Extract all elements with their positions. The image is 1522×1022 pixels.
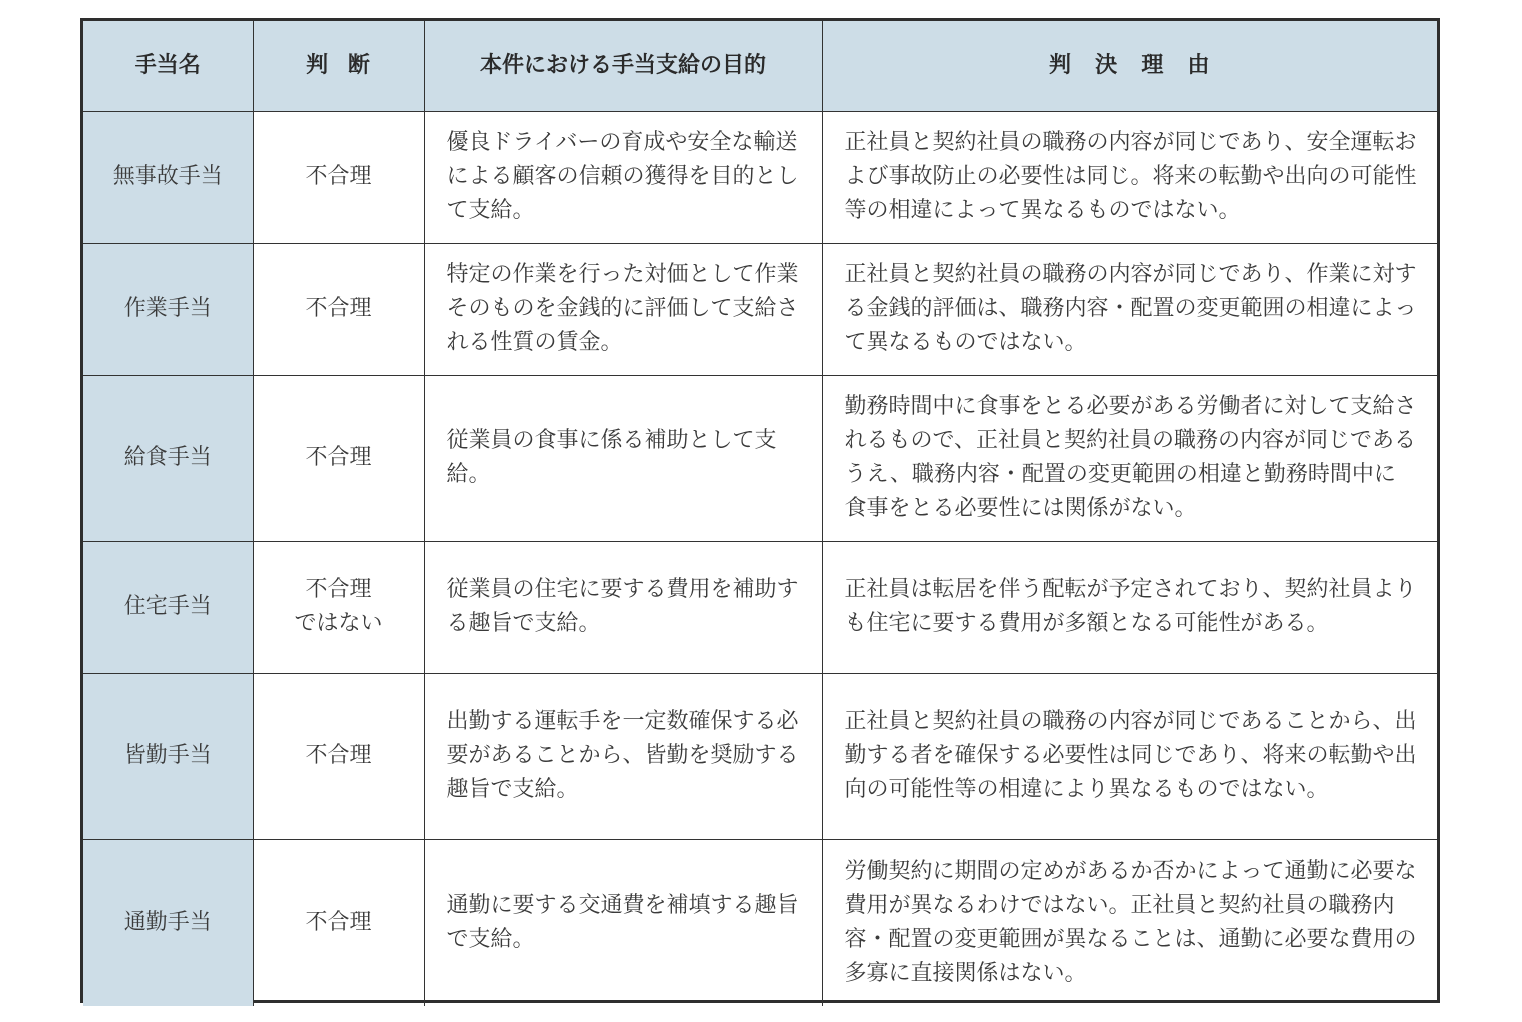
reason: 正社員と契約社員の職務の内容が同じであり、作業に対する金銭的評価は、職務内容・配… <box>822 243 1437 375</box>
header-reason: 判決理由 <box>822 21 1437 111</box>
table-row: 通勤手当 不合理 通勤に要する交通費を補填する趣旨で支給。 労働契約に期間の定め… <box>83 839 1437 1006</box>
purpose: 出勤する運転手を一定数確保する必要があることから、皆勤を奨励する趣旨で支給。 <box>424 673 822 839</box>
table-row: 住宅手当 不合理 ではない 従業員の住宅に要する費用を補助する趣旨で支給。 正社… <box>83 541 1437 673</box>
header-judgment: 判断 <box>253 21 424 111</box>
table-row: 給食手当 不合理 従業員の食事に係る補助として支給。 勤務時間中に食事をとる必要… <box>83 375 1437 541</box>
purpose: 従業員の食事に係る補助として支給。 <box>424 375 822 541</box>
allowance-judgment-table: 手当名 判断 本件における手当支給の目的 判決理由 無事故手当 不合理 優良ドラ… <box>80 18 1440 1003</box>
allowance-name: 通勤手当 <box>83 839 253 1006</box>
judgment: 不合理 <box>253 839 424 1006</box>
judgment: 不合理 <box>253 243 424 375</box>
judgment: 不合理 ではない <box>253 541 424 673</box>
table-row: 皆勤手当 不合理 出勤する運転手を一定数確保する必要があることから、皆勤を奨励す… <box>83 673 1437 839</box>
reason: 正社員と契約社員の職務の内容が同じであり、安全運転および事故防止の必要性は同じ。… <box>822 111 1437 243</box>
allowance-name: 給食手当 <box>83 375 253 541</box>
header-allowance-name: 手当名 <box>83 21 253 111</box>
reason: 正社員と契約社員の職務の内容が同じであることから、出勤する者を確保する必要性は同… <box>822 673 1437 839</box>
allowance-name: 無事故手当 <box>83 111 253 243</box>
header-purpose: 本件における手当支給の目的 <box>424 21 822 111</box>
purpose: 従業員の住宅に要する費用を補助する趣旨で支給。 <box>424 541 822 673</box>
reason: 正社員は転居を伴う配転が予定されており、契約社員よりも住宅に要する費用が多額とな… <box>822 541 1437 673</box>
judgment-line: ではない <box>255 607 423 641</box>
allowance-name: 皆勤手当 <box>83 673 253 839</box>
allowance-name: 住宅手当 <box>83 541 253 673</box>
judgment: 不合理 <box>253 111 424 243</box>
judgment: 不合理 <box>253 673 424 839</box>
purpose: 特定の作業を行った対価として作業そのものを金銭的に評価して支給される性質の賃金。 <box>424 243 822 375</box>
purpose: 優良ドライバーの育成や安全な輸送による顧客の信頼の獲得を目的として支給。 <box>424 111 822 243</box>
allowance-name: 作業手当 <box>83 243 253 375</box>
reason: 労働契約に期間の定めがあるか否かによって通勤に必要な費用が異なるわけではない。正… <box>822 839 1437 1006</box>
purpose: 通勤に要する交通費を補填する趣旨で支給。 <box>424 839 822 1006</box>
table: 手当名 判断 本件における手当支給の目的 判決理由 無事故手当 不合理 優良ドラ… <box>83 21 1437 1006</box>
judgment: 不合理 <box>253 375 424 541</box>
table-row: 無事故手当 不合理 優良ドライバーの育成や安全な輸送による顧客の信頼の獲得を目的… <box>83 111 1437 243</box>
table-row: 作業手当 不合理 特定の作業を行った対価として作業そのものを金銭的に評価して支給… <box>83 243 1437 375</box>
header-row: 手当名 判断 本件における手当支給の目的 判決理由 <box>83 21 1437 111</box>
judgment-line: 不合理 <box>255 573 423 607</box>
reason: 勤務時間中に食事をとる必要がある労働者に対して支給されるもので、正社員と契約社員… <box>822 375 1437 541</box>
